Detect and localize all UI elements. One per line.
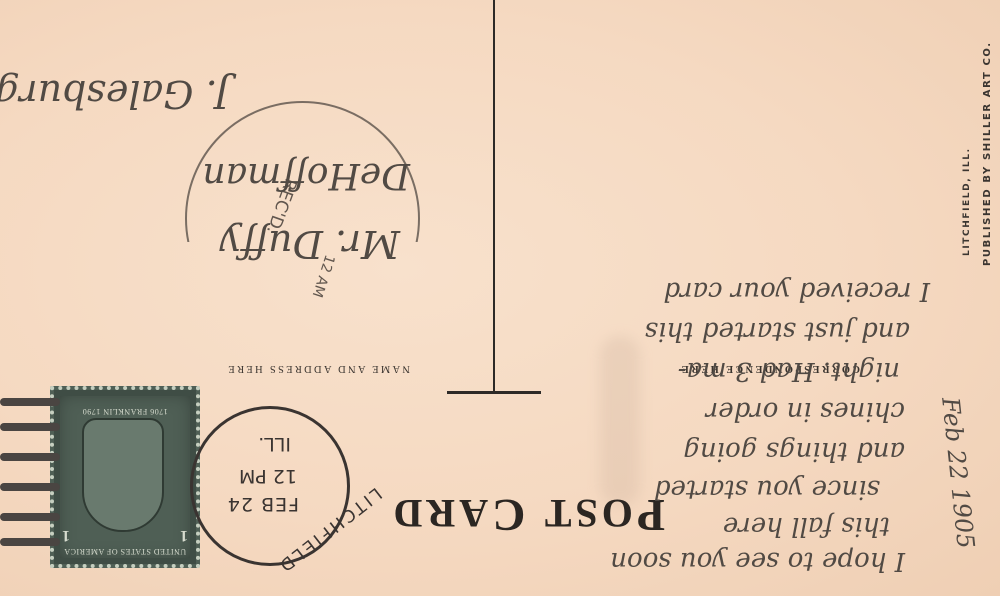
stamp-country: UNITED STATES OF AMERICA — [54, 547, 196, 556]
handwritten-message-line: I received your card — [663, 276, 930, 306]
post-card-title: POST CARD — [389, 489, 665, 542]
received-mark-arc — [185, 101, 420, 336]
handwritten-address-line: J. Galesburg — [0, 72, 230, 116]
postage-stamp: UNITED STATES OF AMERICA 1 1 1706 FRANKL… — [50, 386, 200, 568]
paper-stain — [600, 336, 640, 506]
postmark-circle: LITCHFIELD FEB 24 12 PM ILL. — [190, 406, 350, 566]
stamp-denomination-right: 1 — [62, 526, 70, 544]
franklin-portrait-icon — [82, 418, 164, 532]
postcard-upright-frame: POST CARD NAME AND ADDRESS HERE CORRESPO… — [0, 0, 1000, 596]
postmark-time: 12 PM — [239, 465, 297, 487]
stamp-denomination-left: 1 — [180, 526, 188, 544]
handwritten-address-line: DeHoffman — [202, 155, 410, 196]
divider-foot-line — [447, 391, 541, 394]
handwritten-message-line: chines in order — [706, 396, 905, 426]
title-initial-c: C — [488, 490, 525, 541]
address-label: NAME AND ADDRESS HERE — [226, 363, 410, 374]
handwritten-message-line: I hope to see you soon — [610, 546, 905, 576]
publisher-line: PUBLISHED BY SHILLER ART CO. — [982, 41, 993, 266]
handwritten-message-line: this fall here — [723, 511, 890, 541]
handwritten-message-line: and things going — [683, 436, 905, 466]
stamp-caption: 1706 FRANKLIN 1790 — [54, 407, 196, 416]
handwritten-address-line: Mr. Duffy — [220, 222, 400, 266]
handwritten-date: Feb 22 1905 — [936, 396, 980, 550]
postmark-date: FEB 24 — [227, 493, 299, 515]
handwritten-message-line: and just started this — [645, 316, 910, 346]
publisher-city: LITCHFIELD, ILL. — [962, 147, 972, 256]
postmark-state: ILL. — [258, 433, 291, 455]
handwritten-message-line: since you started — [654, 474, 880, 504]
title-rest-ard: ARD — [389, 491, 488, 536]
cancellation-bars-icon — [0, 396, 60, 566]
handwritten-message-line: night. Had 3 ma- — [678, 356, 900, 386]
title-rest-ost: OST — [541, 491, 633, 536]
postcard-back: POST CARD NAME AND ADDRESS HERE CORRESPO… — [0, 0, 1000, 596]
center-divider-line — [493, 0, 495, 393]
